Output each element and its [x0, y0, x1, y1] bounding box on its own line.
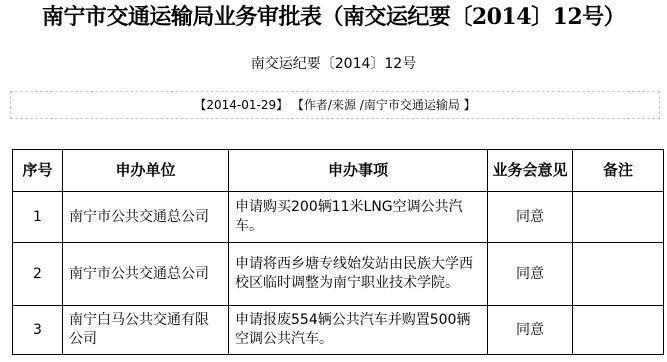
cell-matter: 申请报废554辆公共汽车并购置500辆空调公共汽车。: [229, 306, 488, 355]
cell-opinion: 同意: [488, 192, 573, 243]
cell-no: 1: [13, 192, 63, 243]
header-no: 序号: [13, 150, 63, 192]
page-title: 南宁市交通运输局业务审批表（南交运纪要〔2014〕12号）: [0, 2, 667, 32]
table-row: 3 南宁白马公共交通有限公司 申请报废554辆公共汽车并购置500辆空调公共汽车…: [13, 306, 664, 355]
cell-unit: 南宁市公共交通总公司: [63, 243, 229, 306]
cell-opinion: 同意: [488, 243, 573, 306]
header-opinion: 业务会意见: [488, 150, 573, 192]
cell-remark: [573, 306, 664, 355]
document-number: 南交运纪要〔2014〕12号: [0, 55, 667, 73]
cell-opinion: 同意: [488, 306, 573, 355]
table-row: 2 南宁市公共交通总公司 申请将西乡塘专线始发站由民族大学西校区临时调整为南宁职…: [13, 243, 664, 306]
cell-remark: [573, 243, 664, 306]
approval-table: 序号 申办单位 申办事项 业务会意见 备注 1 南宁市公共交通总公司 申请购买2…: [12, 149, 664, 355]
cell-matter: 申请将西乡塘专线始发站由民族大学西校区临时调整为南宁职业技术学院。: [229, 243, 488, 306]
cell-no: 3: [13, 306, 63, 355]
cell-unit: 南宁市公共交通总公司: [63, 192, 229, 243]
cell-remark: [573, 192, 664, 243]
header-matter: 申办事项: [229, 150, 488, 192]
table-row: 1 南宁市公共交通总公司 申请购买200辆11米LNG空调公共汽车。 同意: [13, 192, 664, 243]
cell-matter: 申请购买200辆11米LNG空调公共汽车。: [229, 192, 488, 243]
table-header-row: 序号 申办单位 申办事项 业务会意见 备注: [13, 150, 664, 192]
header-remark: 备注: [573, 150, 664, 192]
meta-info: 【2014-01-29】 【作者/来源 /南宁市交通运输局 】: [10, 91, 660, 119]
cell-no: 2: [13, 243, 63, 306]
header-unit: 申办单位: [63, 150, 229, 192]
cell-unit: 南宁白马公共交通有限公司: [63, 306, 229, 355]
